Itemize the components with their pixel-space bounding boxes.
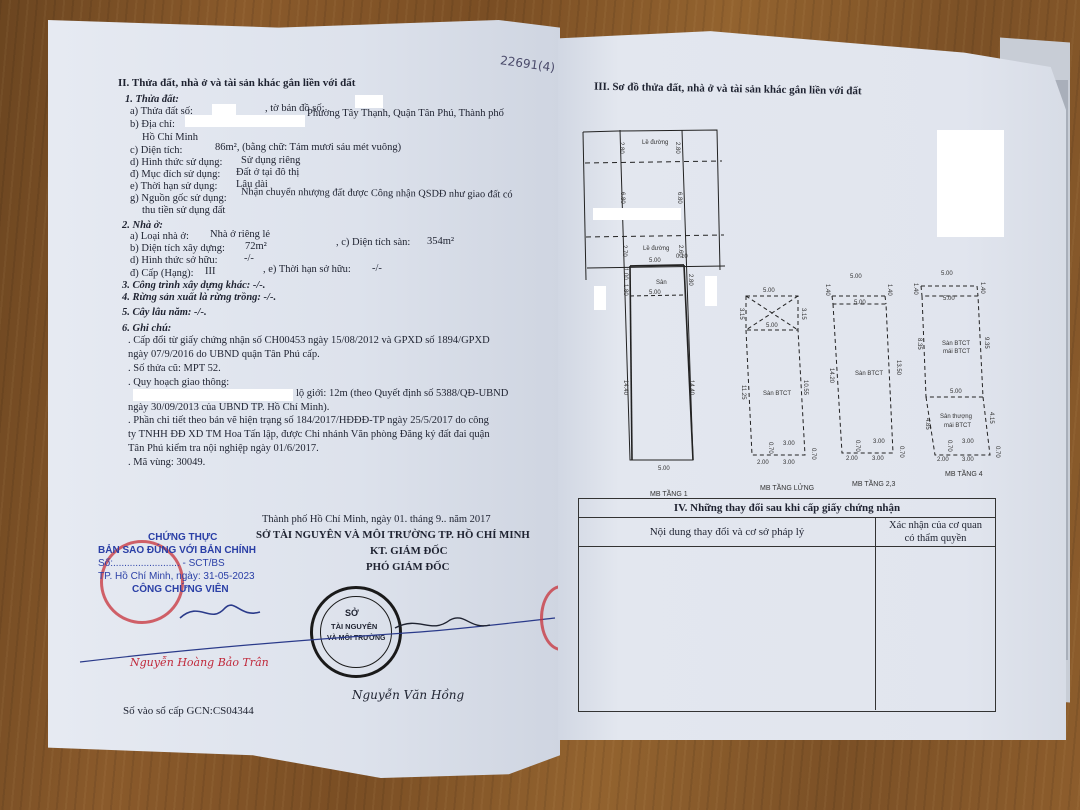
svg-text:0.70: 0.70	[767, 442, 773, 454]
svg-text:1.80: 1.80	[622, 284, 628, 296]
svg-text:14.40: 14.40	[688, 380, 694, 396]
svg-text:2.00: 2.00	[757, 460, 769, 466]
svg-text:5.00: 5.00	[649, 258, 661, 264]
svg-text:5.00: 5.00	[649, 290, 661, 296]
svg-text:5.00: 5.00	[854, 300, 866, 306]
svg-text:2.80: 2.80	[687, 274, 693, 286]
svg-text:2.00: 2.00	[937, 457, 949, 463]
changes-table: IV. Những thay đổi sau khi cấp giấy chứn…	[578, 498, 996, 712]
svg-text:Sân thượng: Sân thượng	[940, 414, 972, 420]
svg-text:6.80: 6.80	[619, 192, 625, 204]
changes-col-confirmation: Xác nhận của cơ quan có thẩm quyền	[876, 518, 995, 546]
svg-text:5.00: 5.00	[850, 274, 862, 280]
svg-text:0.10: 0.10	[676, 254, 688, 260]
svg-text:1.00: 1.00	[622, 268, 628, 280]
svg-text:1.40: 1.40	[979, 282, 985, 294]
svg-text:3.00: 3.00	[872, 456, 884, 462]
svg-text:2.80: 2.80	[618, 142, 624, 154]
svg-text:3.00: 3.00	[962, 439, 974, 445]
svg-text:0.70: 0.70	[854, 440, 860, 452]
svg-text:Sàn BTCT: Sàn BTCT	[855, 371, 883, 377]
changes-empty-cell	[579, 547, 876, 710]
svg-text:14.40: 14.40	[622, 380, 628, 396]
svg-text:14.20: 14.20	[828, 368, 834, 384]
svg-text:10.55: 10.55	[802, 380, 808, 396]
svg-text:1.40: 1.40	[886, 284, 892, 296]
svg-text:0.70: 0.70	[810, 448, 816, 460]
svg-text:1.40: 1.40	[912, 283, 918, 295]
svg-text:8.35: 8.35	[916, 338, 922, 350]
svg-text:Lề đường: Lề đường	[643, 246, 669, 252]
svg-text:Sàn BTCT: Sàn BTCT	[763, 391, 791, 397]
svg-text:0.70: 0.70	[994, 446, 1000, 458]
redacted-neighbor-right	[705, 276, 717, 306]
svg-text:2.70: 2.70	[621, 245, 627, 257]
svg-text:5.00: 5.00	[766, 323, 778, 329]
confirmation-empty-cell	[876, 547, 995, 710]
svg-text:6.80: 6.80	[676, 192, 682, 204]
svg-text:3.00: 3.00	[783, 441, 795, 447]
svg-text:0.70: 0.70	[898, 446, 904, 458]
svg-text:5.00: 5.00	[941, 271, 953, 277]
svg-text:mái BTCT: mái BTCT	[943, 349, 970, 355]
svg-text:5.00: 5.00	[658, 466, 670, 472]
col-confirmation-line1: Xác nhận của cơ quan	[876, 519, 995, 532]
svg-text:2.80: 2.80	[674, 142, 680, 154]
svg-text:4.15: 4.15	[988, 412, 994, 424]
svg-text:3.15: 3.15	[800, 308, 806, 320]
svg-text:0.70: 0.70	[946, 440, 952, 452]
svg-text:4.85: 4.85	[924, 418, 930, 430]
svg-text:5.00: 5.00	[943, 296, 955, 302]
svg-text:MB TẦNG 1: MB TẦNG 1	[650, 488, 688, 498]
svg-text:3.15: 3.15	[738, 308, 744, 320]
svg-text:2.00: 2.00	[846, 456, 858, 462]
svg-text:3.00: 3.00	[783, 460, 795, 466]
svg-text:5.00: 5.00	[763, 288, 775, 294]
changes-table-title: IV. Những thay đổi sau khi cấp giấy chứn…	[579, 499, 995, 518]
svg-text:MB TẦNG 4: MB TẦNG 4	[945, 468, 983, 478]
svg-text:Sân: Sân	[656, 280, 667, 286]
svg-text:Lề đường: Lề đường	[642, 140, 668, 146]
svg-text:13.50: 13.50	[895, 360, 901, 376]
svg-text:1.40: 1.40	[824, 284, 830, 296]
svg-text:MB TẦNG 2,3: MB TẦNG 2,3	[852, 478, 896, 488]
svg-text:3.00: 3.00	[873, 439, 885, 445]
redacted-qr-code	[937, 130, 1004, 237]
svg-text:9.35: 9.35	[983, 337, 989, 349]
col-confirmation-line2: có thẩm quyền	[876, 532, 995, 545]
svg-text:3.00: 3.00	[962, 457, 974, 463]
svg-text:11.25: 11.25	[740, 385, 746, 400]
svg-text:mái BTCT: mái BTCT	[944, 423, 971, 429]
changes-col-content: Nội dung thay đổi và cơ sở pháp lý	[579, 518, 876, 546]
redacted-neighbor-left	[594, 286, 606, 310]
svg-text:Sàn BTCT: Sàn BTCT	[942, 341, 970, 347]
svg-text:MB TẦNG LỬNG: MB TẦNG LỬNG	[760, 482, 814, 492]
redacted-road-label	[593, 208, 681, 220]
svg-text:5.00: 5.00	[950, 389, 962, 395]
